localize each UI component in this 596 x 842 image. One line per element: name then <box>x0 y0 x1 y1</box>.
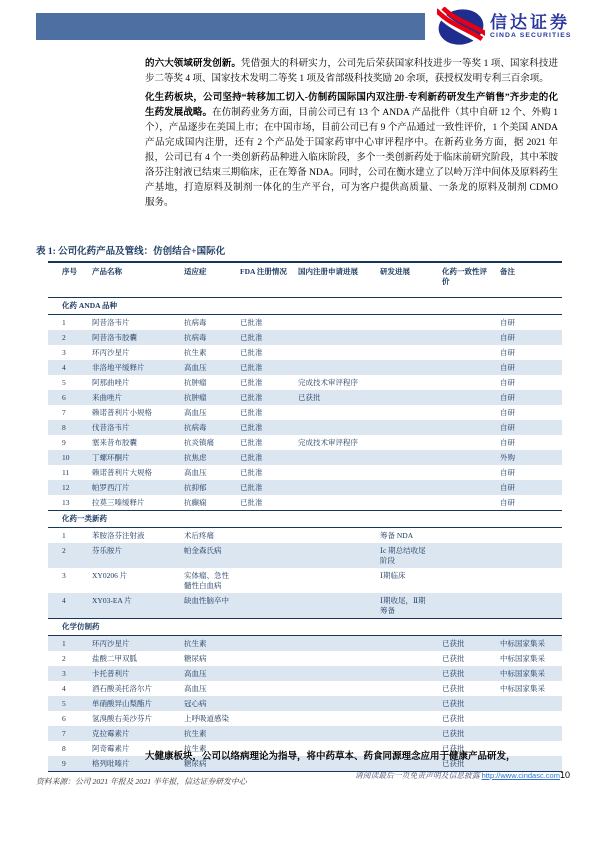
table-cell: 自研 <box>492 375 562 390</box>
table-cell <box>232 681 290 696</box>
table-cell: 自研 <box>492 315 562 331</box>
table-cell <box>372 480 434 495</box>
table-row: 11赖诺普利片大规格高血压已批准自研 <box>48 465 562 480</box>
table-cell <box>434 528 492 544</box>
table-cell <box>290 315 372 331</box>
paragraph-health-segment: 大健康板块，公司以络病理论为指导，将中药草本、药食同源理念应用于健康产品研发， <box>145 750 558 765</box>
table-cell: 1 <box>48 636 84 652</box>
table-cell: 伐昔洛韦片 <box>84 420 176 435</box>
page-footer: 请阅读最后一页免责声明及信息披露 http://www.cindasc.com1… <box>355 770 570 781</box>
table-cell: Ⅰ期临床 <box>372 568 434 593</box>
table-cell <box>434 375 492 390</box>
footer-link[interactable]: http://www.cindasc.com <box>482 771 560 780</box>
table-row: 9塞来昔布胶囊抗炎镇痛已批准完成技术审评程序自研 <box>48 435 562 450</box>
table-cell <box>290 465 372 480</box>
table-cell <box>492 528 562 544</box>
table-cell <box>290 405 372 420</box>
table-cell: 11 <box>48 465 84 480</box>
table-cell: 非洛地平缓释片 <box>84 360 176 375</box>
table-cell <box>434 420 492 435</box>
table-cell: 帕罗西汀片 <box>84 480 176 495</box>
table-row: 3卡托普利片高血压已获批中标国家集采 <box>48 666 562 681</box>
table-cell: 阿昔洛韦片 <box>84 315 176 331</box>
table-cell: 抗生素 <box>176 345 232 360</box>
table-header-row: 序号产品名称适应症FDA 注册情况国内注册申请进展研发进展化药一致性评价备注 <box>48 262 562 298</box>
table-cell: 抗病毒 <box>176 315 232 331</box>
table-cell <box>434 450 492 465</box>
table-cell <box>434 330 492 345</box>
table-cell: 冠心病 <box>176 696 232 711</box>
table-cell <box>290 681 372 696</box>
table-cell <box>290 543 372 568</box>
table-cell <box>232 528 290 544</box>
table-row: 7克拉霉素片抗生素已获批 <box>48 726 562 741</box>
table-cell: 糖尿病 <box>176 651 232 666</box>
table-cell: 完成技术审评程序 <box>290 375 372 390</box>
table-cell <box>434 405 492 420</box>
table-row: 10丁螺环酮片抗焦虑已批准外购 <box>48 450 562 465</box>
table-cell <box>290 330 372 345</box>
table-cell: 盐酸二甲双胍 <box>84 651 176 666</box>
table-row: 5阿那曲唑片抗肿瘤已批准完成技术审评程序自研 <box>48 375 562 390</box>
table-cell <box>372 636 434 652</box>
table-cell: 抗生素 <box>176 636 232 652</box>
table-cell: 中标国家集采 <box>492 666 562 681</box>
table-cell: 自研 <box>492 405 562 420</box>
table-cell: 已获批 <box>434 636 492 652</box>
table-cell: 已批准 <box>232 315 290 331</box>
table-cell: 1 <box>48 528 84 544</box>
table-cell: 高血压 <box>176 360 232 375</box>
table-row: 7赖诺普利片小规格高血压已批准自研 <box>48 405 562 420</box>
table-cell <box>290 726 372 741</box>
table-cell: 12 <box>48 480 84 495</box>
table-cell: 抗病毒 <box>176 330 232 345</box>
table-cell: 已获批 <box>290 390 372 405</box>
table-cell <box>290 593 372 619</box>
table-cell: 抗生素 <box>176 726 232 741</box>
table-cell <box>372 711 434 726</box>
table-cell: 4 <box>48 681 84 696</box>
table-cell <box>232 593 290 619</box>
table-cell: 2 <box>48 330 84 345</box>
table-cell: 自研 <box>492 480 562 495</box>
paragraph-bold-lead: 的六大领域研发创新。 <box>145 59 241 69</box>
table-cell <box>232 666 290 681</box>
table-cell: 3 <box>48 345 84 360</box>
table-row: 4非洛地平缓释片高血压已批准自研 <box>48 360 562 375</box>
table-cell <box>372 450 434 465</box>
table-cell: 芬乐胺片 <box>84 543 176 568</box>
table-cell: 自研 <box>492 345 562 360</box>
table-cell: Ⅰc 期总结收尾阶段 <box>372 543 434 568</box>
table-row: 1阿昔洛韦片抗病毒已批准自研 <box>48 315 562 331</box>
table-cell: 抗肿瘤 <box>176 390 232 405</box>
column-header: 适应症 <box>176 262 232 298</box>
table-cell <box>434 480 492 495</box>
table-cell <box>492 726 562 741</box>
table-cell: 已获批 <box>434 681 492 696</box>
table-cell: 4 <box>48 593 84 619</box>
section-title: 化药一类新药 <box>48 511 562 528</box>
table-cell <box>372 726 434 741</box>
table-cell <box>492 593 562 619</box>
table-header: 序号产品名称适应症FDA 注册情况国内注册申请进展研发进展化药一致性评价备注 <box>48 262 562 298</box>
table-cell: 赖诺普利片小规格 <box>84 405 176 420</box>
section-header-row: 化药一类新药 <box>48 511 562 528</box>
table-cell: 5 <box>48 375 84 390</box>
table-cell: 已获批 <box>434 726 492 741</box>
table-cell: 高血压 <box>176 666 232 681</box>
table-cell: 3 <box>48 568 84 593</box>
table-cell <box>232 651 290 666</box>
brand-name-cn: 信达证券 <box>490 14 572 32</box>
table-cell: 自研 <box>492 330 562 345</box>
table-cell: 1 <box>48 315 84 331</box>
table-cell: 卡托普利片 <box>84 666 176 681</box>
table-cell: 8 <box>48 741 84 756</box>
table-cell <box>372 330 434 345</box>
table-cell <box>372 465 434 480</box>
table-cell: XY03-EA 片 <box>84 593 176 619</box>
table-cell <box>290 345 372 360</box>
table-cell: 筹备 NDA <box>372 528 434 544</box>
table-cell: 抗抑郁 <box>176 480 232 495</box>
table-cell: 已批准 <box>232 480 290 495</box>
table-cell <box>434 593 492 619</box>
table-cell: 已批准 <box>232 465 290 480</box>
table-cell <box>232 543 290 568</box>
table-cell: 5 <box>48 696 84 711</box>
table-cell: 自研 <box>492 435 562 450</box>
table-cell: 6 <box>48 390 84 405</box>
table-cell <box>290 568 372 593</box>
table-cell <box>290 420 372 435</box>
table-cell <box>232 636 290 652</box>
table-cell: 已批准 <box>232 375 290 390</box>
table-cell: 已批准 <box>232 360 290 375</box>
column-header: 备注 <box>492 262 562 298</box>
table-cell: 8 <box>48 420 84 435</box>
table-title: 表 1: 公司化药产品及管线：仿创结合+国际化 <box>36 246 562 259</box>
table-cell: 已获批 <box>434 696 492 711</box>
table-cell: 已批准 <box>232 450 290 465</box>
page-number: 10 <box>560 770 570 780</box>
table-cell: 抗病毒 <box>176 420 232 435</box>
body-text-column: 的六大领域研发创新。凭借强大的科研实力，公司先后荣获国家科技进步一等奖 1 项、… <box>145 57 558 215</box>
section-header-row: 化学仿制药 <box>48 619 562 636</box>
paragraph-text: 在仿制药业务方面，目前公司已有 13 个 ANDA 产品批件（其中自研 12 个… <box>145 108 558 208</box>
table-cell <box>434 543 492 568</box>
table-row: 2芬乐胺片帕金森氏病Ⅰc 期总结收尾阶段 <box>48 543 562 568</box>
paragraph-chem-bio-strategy: 化生药板块，公司坚持“转移加工切入-仿制药国际国内双注册-专利新药研发生产销售”… <box>145 91 558 211</box>
table-cell: 9 <box>48 756 84 772</box>
table-cell <box>232 696 290 711</box>
table-cell: 自研 <box>492 360 562 375</box>
table-cell: 丁螺环酮片 <box>84 450 176 465</box>
table-cell: 4 <box>48 360 84 375</box>
table-cell <box>434 465 492 480</box>
table-cell <box>372 420 434 435</box>
table-cell: 10 <box>48 450 84 465</box>
table-cell: 阿昔洛韦胶囊 <box>84 330 176 345</box>
table-cell: 上呼吸道感染 <box>176 711 232 726</box>
table-cell <box>372 666 434 681</box>
cinda-globe-icon <box>437 7 485 47</box>
table-cell: 高血压 <box>176 465 232 480</box>
table-cell: 13 <box>48 495 84 511</box>
table-cell <box>290 450 372 465</box>
table-cell <box>434 360 492 375</box>
brand-text: 信达证券 CINDA SECURITIES <box>490 14 572 40</box>
table-cell: 已批准 <box>232 390 290 405</box>
table-cell: 自研 <box>492 390 562 405</box>
table-cell: 自研 <box>492 420 562 435</box>
table-cell: 完成技术审评程序 <box>290 435 372 450</box>
table-row: 1苯胺洛芬注射液术后疼痛筹备 NDA <box>48 528 562 544</box>
table-cell: 术后疼痛 <box>176 528 232 544</box>
table-cell <box>372 495 434 511</box>
table-cell <box>290 480 372 495</box>
table-cell: 氢溴酸右美沙芬片 <box>84 711 176 726</box>
table-row: 4酒石酸美托洛尔片高血压已获批中标国家集采 <box>48 681 562 696</box>
paragraph-rnd-awards: 的六大领域研发创新。凭借强大的科研实力，公司先后荣获国家科技进步一等奖 1 项、… <box>145 57 558 87</box>
table-cell: 已批准 <box>232 345 290 360</box>
table-cell: 已获批 <box>434 711 492 726</box>
column-header: 序号 <box>48 262 84 298</box>
table-cell: 抗炎镇痛 <box>176 435 232 450</box>
table-cell: 环丙沙星片 <box>84 636 176 652</box>
table-cell <box>290 495 372 511</box>
table-cell: 已批准 <box>232 405 290 420</box>
table-cell <box>372 315 434 331</box>
table-row: 3环丙沙星片抗生素已批准自研 <box>48 345 562 360</box>
table-cell <box>372 390 434 405</box>
table-cell <box>372 435 434 450</box>
table-cell: 2 <box>48 543 84 568</box>
column-header: 国内注册申请进展 <box>290 262 372 298</box>
table-cell: 已获批 <box>434 666 492 681</box>
table-cell <box>372 681 434 696</box>
table-cell: 抗癫痫 <box>176 495 232 511</box>
table-cell: 3 <box>48 666 84 681</box>
table-cell: 阿那曲唑片 <box>84 375 176 390</box>
table-cell: 缺血性脑卒中 <box>176 593 232 619</box>
table-cell <box>372 651 434 666</box>
table-cell <box>434 390 492 405</box>
table-cell <box>372 696 434 711</box>
table-cell: 7 <box>48 405 84 420</box>
table-cell: 单硝酸异山梨酯片 <box>84 696 176 711</box>
section-title: 化学仿制药 <box>48 619 562 636</box>
table-cell: 6 <box>48 711 84 726</box>
table-cell <box>290 711 372 726</box>
table-cell: 已批准 <box>232 330 290 345</box>
brand-name-en: CINDA SECURITIES <box>490 32 572 40</box>
table-cell: 塞来昔布胶囊 <box>84 435 176 450</box>
table-cell <box>434 435 492 450</box>
table-row: 5单硝酸异山梨酯片冠心病已获批 <box>48 696 562 711</box>
table-cell <box>434 568 492 593</box>
header-bar <box>36 13 425 40</box>
table-row: 2盐酸二甲双胍糖尿病已获批中标国家集采 <box>48 651 562 666</box>
table-cell <box>372 345 434 360</box>
table-cell <box>290 651 372 666</box>
table-cell <box>232 726 290 741</box>
table-cell: Ⅰ期收尾，Ⅱ期筹备 <box>372 593 434 619</box>
table-cell <box>232 568 290 593</box>
table-cell: 已批准 <box>232 420 290 435</box>
table-cell <box>290 696 372 711</box>
table-cell: 已批准 <box>232 495 290 511</box>
table-cell <box>434 345 492 360</box>
table-cell: 苯胺洛芬注射液 <box>84 528 176 544</box>
table-cell: 实体瘤、急性髓性白血病 <box>176 568 232 593</box>
table-cell <box>434 315 492 331</box>
table-row: 1环丙沙星片抗生素已获批中标国家集采 <box>48 636 562 652</box>
table-row: 13拉莫三嗪缓释片抗癫痫已批准自研 <box>48 495 562 511</box>
table-cell: 自研 <box>492 495 562 511</box>
table-cell: 抗焦虑 <box>176 450 232 465</box>
table-cell: 已批准 <box>232 435 290 450</box>
table-row: 6来曲唑片抗肿瘤已批准已获批自研 <box>48 390 562 405</box>
table-cell <box>492 711 562 726</box>
column-header: FDA 注册情况 <box>232 262 290 298</box>
table-cell <box>290 636 372 652</box>
table-cell: 克拉霉素片 <box>84 726 176 741</box>
table-cell: 环丙沙星片 <box>84 345 176 360</box>
table-row: 3XY0206 片实体瘤、急性髓性白血病Ⅰ期临床 <box>48 568 562 593</box>
table-row: 4XY03-EA 片缺血性脑卒中Ⅰ期收尾，Ⅱ期筹备 <box>48 593 562 619</box>
table-cell: 已获批 <box>434 651 492 666</box>
table-cell: 赖诺普利片大规格 <box>84 465 176 480</box>
table-cell: 2 <box>48 651 84 666</box>
table-cell <box>492 696 562 711</box>
table-cell <box>290 528 372 544</box>
table-cell: 酒石酸美托洛尔片 <box>84 681 176 696</box>
table-cell: 拉莫三嗪缓释片 <box>84 495 176 511</box>
table-cell: 中标国家集采 <box>492 681 562 696</box>
table-cell <box>372 405 434 420</box>
table-row: 8伐昔洛韦片抗病毒已批准自研 <box>48 420 562 435</box>
table-cell <box>434 495 492 511</box>
column-header: 化药一致性评价 <box>434 262 492 298</box>
section-title: 化药 ANDA 品种 <box>48 298 562 315</box>
table-cell: 抗肿瘤 <box>176 375 232 390</box>
report-page: 信达证券 CINDA SECURITIES 的六大领域研发创新。凭借强大的科研实… <box>0 0 596 842</box>
table-cell <box>372 375 434 390</box>
table-cell <box>492 568 562 593</box>
table-cell <box>290 666 372 681</box>
table-cell: 帕金森氏病 <box>176 543 232 568</box>
column-header: 产品名称 <box>84 262 176 298</box>
table-cell <box>232 711 290 726</box>
table-cell: 7 <box>48 726 84 741</box>
product-pipeline-table: 序号产品名称适应症FDA 注册情况国内注册申请进展研发进展化药一致性评价备注 化… <box>48 261 562 772</box>
table-row: 6氢溴酸右美沙芬片上呼吸道感染已获批 <box>48 711 562 726</box>
table-cell <box>290 360 372 375</box>
table-cell: 来曲唑片 <box>84 390 176 405</box>
table-cell <box>492 543 562 568</box>
table-block: 表 1: 公司化药产品及管线：仿创结合+国际化 序号产品名称适应症FDA 注册情… <box>36 246 562 787</box>
table-cell: 自研 <box>492 465 562 480</box>
table-cell: 外购 <box>492 450 562 465</box>
table-row: 12帕罗西汀片抗抑郁已批准自研 <box>48 480 562 495</box>
table-cell: 中标国家集采 <box>492 636 562 652</box>
section-header-row: 化药 ANDA 品种 <box>48 298 562 315</box>
column-header: 研发进展 <box>372 262 434 298</box>
table-cell: XY0206 片 <box>84 568 176 593</box>
table-cell: 中标国家集采 <box>492 651 562 666</box>
company-logo: 信达证券 CINDA SECURITIES <box>437 7 572 47</box>
table-cell: 高血压 <box>176 681 232 696</box>
table-row: 2阿昔洛韦胶囊抗病毒已批准自研 <box>48 330 562 345</box>
table-cell <box>372 360 434 375</box>
table-cell: 9 <box>48 435 84 450</box>
footer-disclaimer: 请阅读最后一页免责声明及信息披露 <box>355 771 480 780</box>
table-cell: 高血压 <box>176 405 232 420</box>
